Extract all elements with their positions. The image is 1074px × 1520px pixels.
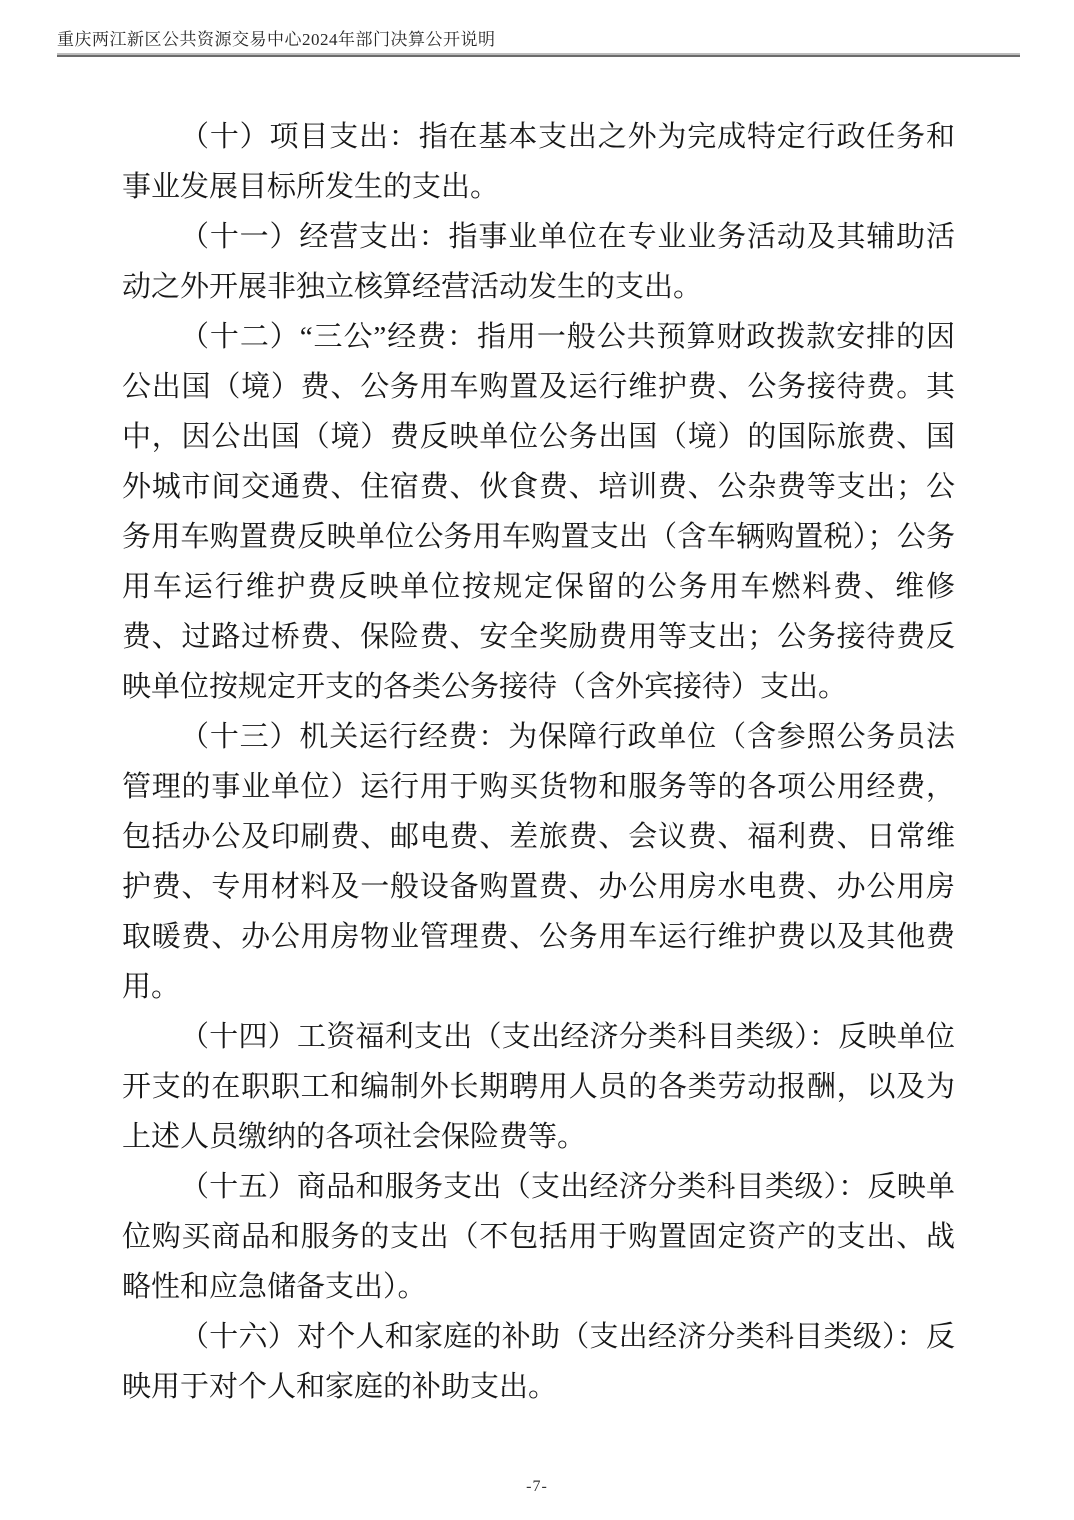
page-footer: -7-: [0, 1478, 1074, 1496]
header-title: 重庆两江新区公共资源交易中心2024年部门决算公开说明: [57, 30, 1020, 50]
document-body: （十）项目支出：指在基本支出之外为完成特定行政任务和事业发展目标所发生的支出。 …: [122, 112, 955, 1412]
paragraph-item-10: （十）项目支出：指在基本支出之外为完成特定行政任务和事业发展目标所发生的支出。: [122, 112, 955, 212]
header-divider: [57, 53, 1020, 57]
document-page: 重庆两江新区公共资源交易中心2024年部门决算公开说明 （十）项目支出：指在基本…: [0, 0, 1074, 1520]
paragraph-item-11: （十一）经营支出：指事业单位在专业业务活动及其辅助活动之外开展非独立核算经营活动…: [122, 212, 955, 312]
paragraph-item-12: （十二）“三公”经费：指用一般公共预算财政拨款安排的因公出国（境）费、公务用车购…: [122, 312, 955, 712]
page-header: 重庆两江新区公共资源交易中心2024年部门决算公开说明: [57, 30, 1020, 57]
paragraph-item-13: （十三）机关运行经费：为保障行政单位（含参照公务员法管理的事业单位）运行用于购买…: [122, 712, 955, 1012]
paragraph-item-16: （十六）对个人和家庭的补助（支出经济分类科目类级）：反映用于对个人和家庭的补助支…: [122, 1312, 955, 1412]
paragraph-item-15: （十五）商品和服务支出（支出经济分类科目类级）：反映单位购买商品和服务的支出（不…: [122, 1162, 955, 1312]
paragraph-item-14: （十四）工资福利支出（支出经济分类科目类级）：反映单位开支的在职职工和编制外长期…: [122, 1012, 955, 1162]
page-number: -7-: [526, 1478, 548, 1495]
